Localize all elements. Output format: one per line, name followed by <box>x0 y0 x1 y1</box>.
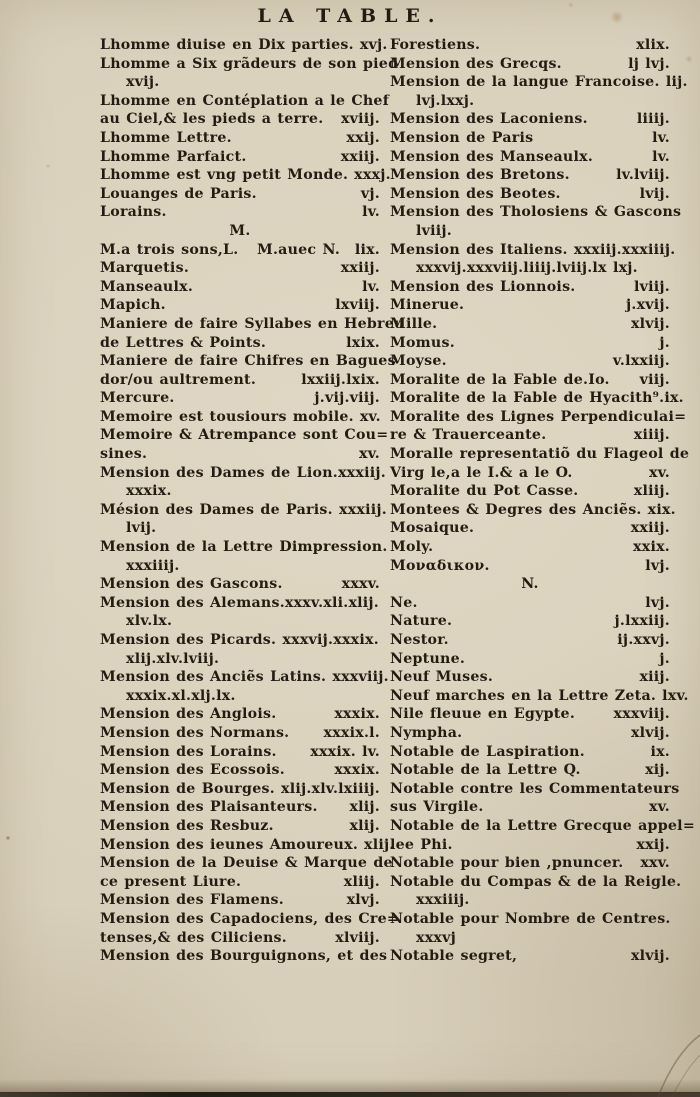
index-entry-line: Mension des Plaisanteurs.xlij. <box>100 798 380 817</box>
entry-text: Mension de la Lettre Dimpression. <box>100 538 388 557</box>
entry-text: Mension des Grecqs. <box>390 55 562 74</box>
entry-text: Neptune. <box>390 650 465 669</box>
entry-text: Mension des Plaisanteurs. <box>100 798 318 817</box>
entry-text: Mension des Normans. <box>100 724 289 743</box>
index-entry-line: M.a trois sons,L. M.auec N.lix. <box>100 241 380 260</box>
index-entry-line: Μοναδικον.lvj. <box>390 557 670 576</box>
entry-text: Manseaulx. <box>100 278 193 297</box>
entry-folio: xxix. <box>627 538 670 557</box>
index-entry-line: Moralite de la Fable de.Io.viij. <box>390 371 670 390</box>
entry-text: Notable pour Nombre de Centres. <box>390 910 671 929</box>
entry-text: Moly. <box>390 538 433 557</box>
entry-folio: xiiij. <box>628 426 670 445</box>
index-entry-line: xxxix.xl.xlj.lx. <box>100 687 380 706</box>
entry-folio-continuation: xxxix.xl.xlj.lx. <box>126 687 236 706</box>
index-entry-line: Mension des Anglois.xxxix. <box>100 705 380 724</box>
index-entry-line: Mension des Lorains.xxxix. lv. <box>100 743 380 762</box>
entry-folio: xxxix.l. <box>318 724 381 743</box>
entry-text: Notable du Compas & de la Reigle. <box>390 873 681 892</box>
page-bottom-shadow <box>0 1079 700 1093</box>
entry-text: Mension des Italiens. xxxiij.xxxiiij. <box>390 241 675 260</box>
index-entry-line: Lhomme diuise en Dix parties.xvj. <box>100 36 380 55</box>
entry-text: Mension des Gascons. <box>100 575 283 594</box>
index-entry-line: Notable de la Lettre Q.xij. <box>390 761 670 780</box>
entry-folio-continuation: xxxiiij. <box>416 891 470 910</box>
index-entry-line: Virg le,a le I.& a le O.xv. <box>390 464 670 483</box>
entry-text: Mension de la langue Francoise. lij. <box>390 73 688 92</box>
index-entry-line: Mille.xlvij. <box>390 315 670 334</box>
entry-text: Mension de Paris <box>390 129 533 148</box>
entry-folio-continuation: xxxvij.xxxviij.liiij.lviij.lx lxj. <box>416 259 638 278</box>
entry-folio: lv. <box>356 203 380 222</box>
entry-folio: lviij. <box>628 278 670 297</box>
entry-text: Moralite de la Fable de.Io. <box>390 371 610 390</box>
entry-text: Notable contre les Commentateurs <box>390 780 679 799</box>
entry-folio: xxxj. <box>348 166 391 185</box>
index-entry-line: Notable du Compas & de la Reigle. <box>390 873 670 892</box>
entry-text: Minerue. <box>390 296 464 315</box>
entry-text: Lhomme est vng petit Monde. <box>100 166 348 185</box>
entry-folio: xlvij. <box>625 315 670 334</box>
entry-folio: lvij. <box>634 185 670 204</box>
entry-text: Moralite des Lignes Perpendiculai= <box>390 408 686 427</box>
index-entry-line: Mension des ieunes Amoureux.xlij. <box>100 836 380 855</box>
entry-folio: xv. <box>354 408 381 427</box>
entry-folio: lix. <box>349 241 380 260</box>
index-entry-line: xvij. <box>100 73 380 92</box>
index-entry-line: Mension des Lionnois.lviij. <box>390 278 670 297</box>
entry-folio: xxxix. lv. <box>304 743 380 762</box>
index-entry-line: Moralle representatiõ du Flageol de <box>390 445 670 464</box>
entry-text: Lhomme a Six grãdeurs de son pied <box>100 55 398 74</box>
entry-folio: j. <box>653 650 670 669</box>
entry-text: Mension des Anciẽs Latins. xxxviij. <box>100 668 389 687</box>
entry-folio-continuation: xxxvj <box>416 929 456 948</box>
index-entry-line: re & Trauerceante.xiiij. <box>390 426 670 445</box>
index-entry-line: Nestor.ij.xxvj. <box>390 631 670 650</box>
entry-folio: xxiij. <box>335 148 380 167</box>
entry-text: Notable pour bien ,pnuncer. <box>390 854 624 873</box>
index-entry-line: Mension de Bourges.xlij.xlv.lxiiij. <box>100 780 380 799</box>
entry-text: Mension des Manseaulx. <box>390 148 593 167</box>
entry-text: Mension des Picards. xxxvij.xxxix. <box>100 631 379 650</box>
index-entry-line: Mension de la Deuise & Marque de <box>100 854 380 873</box>
index-entry-line: Lhomme Lettre.xxij. <box>100 129 380 148</box>
entry-text: Nestor. <box>390 631 449 650</box>
entry-text: Mension des Tholosiens & Gascons <box>390 203 681 222</box>
index-entry-line: Mension des Dames de Lion.xxxiij. <box>100 464 380 483</box>
page-title: LA TABLE. <box>0 5 700 27</box>
entry-text: Moralle representatiõ du Flageol de <box>390 445 689 464</box>
entry-folio: lvj. <box>639 557 670 576</box>
index-entry-line: Mension de Parislv. <box>390 129 670 148</box>
entry-text: Μοναδικον. <box>390 557 490 576</box>
entry-text: Mension des Lorains. <box>100 743 277 762</box>
entry-folio: xvj. <box>354 36 388 55</box>
entry-folio: xxxviij. <box>608 705 670 724</box>
entry-text: Maniere de faire Syllabes en Hebreu <box>100 315 405 334</box>
index-entry-line: Moralite de la Fable de Hyacith⁹.ix. <box>390 389 670 408</box>
entry-folio: xxv. <box>634 854 670 873</box>
entry-text: Mension des Bretons. <box>390 166 570 185</box>
entry-folio: xxxv. <box>336 575 380 594</box>
index-entry-line: Notable pour bien ,pnuncer.xxv. <box>390 854 670 873</box>
entry-text: sines. <box>100 445 147 464</box>
index-entry-line: Mension des Bretons.lv.lviij. <box>390 166 670 185</box>
section-heading: M. <box>100 222 380 241</box>
entry-text: N. <box>521 575 539 594</box>
index-entry-line: Maniere de faire Chifres en Bagues <box>100 352 380 371</box>
entry-folio: lj lvj. <box>622 55 670 74</box>
index-entry-line: Mension des Normans.xxxix.l. <box>100 724 380 743</box>
index-entry-line: xxxiiij. <box>390 891 670 910</box>
entry-text: Mension des Beotes. <box>390 185 561 204</box>
entry-text: M. <box>229 222 250 241</box>
entry-folio: xxxix. <box>328 705 380 724</box>
entry-text: Notable de Laspiration. <box>390 743 585 762</box>
entry-folio: liiij. <box>631 110 670 129</box>
index-column-left: Lhomme diuise en Dix parties.xvj.Lhomme … <box>100 36 380 966</box>
entry-folio: xlij.xlv.lxiiij. <box>275 780 380 799</box>
index-entry-line: Nympha.xlvij. <box>390 724 670 743</box>
entry-text: Mille. <box>390 315 437 334</box>
entry-text: Nile fleuue en Egypte. <box>390 705 575 724</box>
entry-text: Lhomme Lettre. <box>100 129 232 148</box>
index-entry-line: Neuf marches en la Lettre Zeta.lxv. <box>390 687 670 706</box>
entry-text: Neuf Muses. <box>390 668 493 687</box>
index-entry-line: xxxvij.xxxviij.liiij.lviij.lx lxj. <box>390 259 670 278</box>
entry-folio: ix. <box>644 743 670 762</box>
entry-text: Mension des Alemans.xxxv.xli.xlij. <box>100 594 379 613</box>
entry-text: Notable de la Lettre Q. <box>390 761 581 780</box>
entry-folio: xv. <box>353 445 380 464</box>
entry-folio: xxij. <box>340 129 380 148</box>
index-entry-line: Ne.lvj. <box>390 594 670 613</box>
index-entry-line: Moralite du Pot Casse.xliij. <box>390 482 670 501</box>
entry-folio: xxiij. <box>625 519 670 538</box>
entry-folio: xv. <box>643 464 670 483</box>
entry-text: Lhomme diuise en Dix parties. <box>100 36 354 55</box>
entry-folio: vj. <box>355 185 380 204</box>
index-entry-line: Mension des Alemans.xxxv.xli.xlij. <box>100 594 380 613</box>
index-entry-line: Lhomme Parfaict.xxiij. <box>100 148 380 167</box>
entry-text: dor/ou aultrement. <box>100 371 256 390</box>
entry-text: Mension des Anglois. <box>100 705 276 724</box>
index-entry-line: Mension des Picards. xxxvij.xxxix. <box>100 631 380 650</box>
index-entry-line: Forestiens.xlix. <box>390 36 670 55</box>
index-entry-line: Marquetis.xxiij. <box>100 259 380 278</box>
index-entry-line: lvij. <box>100 519 380 538</box>
entry-folio-continuation: lvij. <box>126 519 156 538</box>
entry-folio: lxxiij.lxix. <box>295 371 380 390</box>
index-entry-line: Moyse.v.lxxiij. <box>390 352 670 371</box>
entry-folio: xiij. <box>633 668 670 687</box>
index-entry-line: Lhomme est vng petit Monde.xxxj. <box>100 166 380 185</box>
entry-text: re & Trauerceante. <box>390 426 546 445</box>
entry-text: tenses,& des Ciliciens. <box>100 929 287 948</box>
index-entry-line: Mosaique.xxiij. <box>390 519 670 538</box>
entry-folio-continuation: xxxiiij. <box>126 557 180 576</box>
index-entry-line: Memoire & Atrempance sont Cou= <box>100 426 380 445</box>
index-entry-line: ce present Liure.xliij. <box>100 873 380 892</box>
index-entry-line: xlij.xlv.lviij. <box>100 650 380 669</box>
entry-text: de Lettres & Points. <box>100 334 266 353</box>
entry-text: Montees & Degres des Anciẽs. <box>390 501 642 520</box>
entry-folio: xv. <box>643 798 670 817</box>
index-entry-line: Mension des Grecqs.lj lvj. <box>390 55 670 74</box>
index-entry-line: Mension des Ecossois.xxxix. <box>100 761 380 780</box>
index-entry-line: Neptune.j. <box>390 650 670 669</box>
index-entry-line: dor/ou aultrement.lxxiij.lxix. <box>100 371 380 390</box>
entry-folio: xxij. <box>630 836 670 855</box>
scanned-book-page: LA TABLE. Lhomme diuise en Dix parties.x… <box>0 0 700 1097</box>
index-entry-line: sines.xv. <box>100 445 380 464</box>
entry-folio: ij.xxvj. <box>611 631 670 650</box>
index-entry-line: Mésion des Dames de Paris. xxxiij. <box>100 501 380 520</box>
entry-text: Memoire est tousiours mobile. <box>100 408 354 427</box>
index-entry-line: xxxiiij. <box>100 557 380 576</box>
index-entry-line: xxxvj <box>390 929 670 948</box>
entry-text: au Ciel,& les pieds a terre. <box>100 110 323 129</box>
entry-folio: xix. <box>642 501 676 520</box>
entry-text: Nature. <box>390 612 452 631</box>
index-columns: Lhomme diuise en Dix parties.xvj.Lhomme … <box>100 36 670 966</box>
index-entry-line: Memoire est tousiours mobile.xv. <box>100 408 380 427</box>
entry-text: Virg le,a le I.& a le O. <box>390 464 573 483</box>
entry-folio: v.lxxiij. <box>607 352 670 371</box>
index-entry-line: Mension des Capadociens, des Cre= <box>100 910 380 929</box>
entry-text: Louanges de Paris. <box>100 185 257 204</box>
entry-text: ce present Liure. <box>100 873 241 892</box>
entry-text: Mension de Bourges. <box>100 780 275 799</box>
entry-text: Moralite de la Fable de Hyacith⁹.ix. <box>390 389 684 408</box>
entry-folio: lv. <box>646 129 670 148</box>
entry-text: Mension des ieunes Amoureux. <box>100 836 358 855</box>
entry-folio: lv.lviij. <box>610 166 670 185</box>
index-entry-line: Mension des Anciẽs Latins. xxxviij. <box>100 668 380 687</box>
entry-folio: xlix. <box>630 36 670 55</box>
entry-folio: lv. <box>356 278 380 297</box>
entry-text: Mension des Ecossois. <box>100 761 285 780</box>
entry-text: Mosaique. <box>390 519 474 538</box>
entry-text: Lorains. <box>100 203 167 222</box>
entry-text: Mension des Capadociens, des Cre= <box>100 910 399 929</box>
entry-text: Mension des Dames de Lion.xxxiij. <box>100 464 386 483</box>
page-edge <box>0 1092 700 1097</box>
index-entry-line: Maniere de faire Syllabes en Hebreu <box>100 315 380 334</box>
index-entry-line: sus Virgile.xv. <box>390 798 670 817</box>
entry-folio: xlvij. <box>625 724 670 743</box>
index-entry-line: de Lettres & Points.lxix. <box>100 334 380 353</box>
index-entry-line: Mension des Italiens. xxxiij.xxxiiij. <box>390 241 670 260</box>
index-entry-line: lee Phi.xxij. <box>390 836 670 855</box>
entry-folio: xliij. <box>338 873 380 892</box>
entry-folio: xlij. <box>343 798 380 817</box>
entry-folio-continuation: lvj.lxxj. <box>416 92 474 111</box>
entry-text: Ne. <box>390 594 418 613</box>
index-entry-line: Momus.j. <box>390 334 670 353</box>
index-entry-line: Moralite des Lignes Perpendiculai= <box>390 408 670 427</box>
entry-folio: xij. <box>639 761 670 780</box>
index-entry-line: lviij. <box>390 222 670 241</box>
entry-folio: lxix. <box>340 334 380 353</box>
index-entry-line: Lhomme a Six grãdeurs de son pied <box>100 55 380 74</box>
index-entry-line: Mension des Bourguignons, et des <box>100 947 380 966</box>
entry-folio-continuation: xlij.xlv.lviij. <box>126 650 219 669</box>
index-entry-line: Mension de la langue Francoise. lij. <box>390 73 670 92</box>
index-entry-line: au Ciel,& les pieds a terre.xviij. <box>100 110 380 129</box>
index-entry-line: xlv.lx. <box>100 612 380 631</box>
index-entry-line: Notable contre les Commentateurs <box>390 780 670 799</box>
entry-text: lee Phi. <box>390 836 453 855</box>
entry-text: sus Virgile. <box>390 798 484 817</box>
index-entry-line: Nile fleuue en Egypte.xxxviij. <box>390 705 670 724</box>
entry-folio: viij. <box>634 371 670 390</box>
entry-text: Marquetis. <box>100 259 189 278</box>
entry-folio: xxiij. <box>335 259 380 278</box>
entry-text: Forestiens. <box>390 36 480 55</box>
index-entry-line: Mension des Tholosiens & Gascons <box>390 203 670 222</box>
entry-text: Lhomme Parfaict. <box>100 148 247 167</box>
index-entry-line: Mension des Laconiens.liiij. <box>390 110 670 129</box>
entry-folio: lxv. <box>656 687 689 706</box>
index-entry-line: Lhomme en Contéplation a le Chef <box>100 92 380 111</box>
entry-folio: xlvj. <box>341 891 380 910</box>
entry-text: Neuf marches en la Lettre Zeta. <box>390 687 656 706</box>
entry-text: Lhomme en Contéplation a le Chef <box>100 92 389 111</box>
index-entry-line: Nature.j.lxxiij. <box>390 612 670 631</box>
entry-text: Mension de la Deuise & Marque de <box>100 854 393 873</box>
entry-folio: lxviij. <box>329 296 380 315</box>
entry-folio: j.xvij. <box>620 296 670 315</box>
entry-folio: xlvij. <box>625 947 670 966</box>
entry-text: Maniere de faire Chifres en Bagues <box>100 352 396 371</box>
entry-text: Notable segret, <box>390 947 517 966</box>
entry-text: Mension des Lionnois. <box>390 278 576 297</box>
entry-folio: lvj. <box>639 594 670 613</box>
index-entry-line: Montees & Degres des Anciẽs.xix. <box>390 501 670 520</box>
index-entry-line: Moly.xxix. <box>390 538 670 557</box>
index-entry-line: Mension des Resbuz.xlij. <box>100 817 380 836</box>
entry-text: Mension des Laconiens. <box>390 110 588 129</box>
entry-text: Mapich. <box>100 296 166 315</box>
section-heading: N. <box>390 575 670 594</box>
entry-folio: xlij. <box>343 817 380 836</box>
index-entry-line: Notable segret,xlvij. <box>390 947 670 966</box>
index-entry-line: Notable pour Nombre de Centres. <box>390 910 670 929</box>
entry-folio: xviij. <box>335 110 380 129</box>
entry-folio: j. <box>653 334 670 353</box>
index-entry-line: Mension de la Lettre Dimpression. <box>100 538 380 557</box>
entry-folio: xliij. <box>628 482 670 501</box>
entry-folio-continuation: xxxix. <box>126 482 172 501</box>
index-entry-line: Mension des Flamens.xlvj. <box>100 891 380 910</box>
entry-folio-continuation: xlv.lx. <box>126 612 172 631</box>
index-entry-line: Notable de la Lettre Grecque appel= <box>390 817 670 836</box>
entry-text: Mension des Flamens. <box>100 891 284 910</box>
entry-text: Moyse. <box>390 352 447 371</box>
entry-folio: j.vij.viij. <box>308 389 380 408</box>
index-entry-line: Lorains.lv. <box>100 203 380 222</box>
entry-folio-continuation: xvij. <box>126 73 159 92</box>
index-entry-line: Notable de Laspiration.ix. <box>390 743 670 762</box>
index-column-right: Forestiens.xlix.Mension des Grecqs.lj lv… <box>390 36 670 966</box>
entry-text: Moralite du Pot Casse. <box>390 482 578 501</box>
entry-text: Mercure. <box>100 389 175 408</box>
index-entry-line: Minerue.j.xvij. <box>390 296 670 315</box>
index-entry-line: Neuf Muses.xiij. <box>390 668 670 687</box>
index-entry-line: Mercure.j.vij.viij. <box>100 389 380 408</box>
entry-text: Mension des Bourguignons, et des <box>100 947 387 966</box>
index-entry-line: Mension des Gascons.xxxv. <box>100 575 380 594</box>
entry-folio: j.lxxiij. <box>609 612 670 631</box>
entry-text: Mension des Resbuz. <box>100 817 274 836</box>
entry-text: Memoire & Atrempance sont Cou= <box>100 426 388 445</box>
entry-folio: xxxix. <box>328 761 380 780</box>
entry-folio: xlviij. <box>329 929 380 948</box>
entry-text: Nympha. <box>390 724 462 743</box>
index-entry-line: Manseaulx.lv. <box>100 278 380 297</box>
entry-text: M.a trois sons,L. M.auec N. <box>100 241 340 260</box>
entry-folio-continuation: lviij. <box>416 222 452 241</box>
entry-folio: lv. <box>646 148 670 167</box>
index-entry-line: lvj.lxxj. <box>390 92 670 111</box>
entry-text: Notable de la Lettre Grecque appel= <box>390 817 695 836</box>
entry-text: Mésion des Dames de Paris. xxxiij. <box>100 501 387 520</box>
index-entry-line: xxxix. <box>100 482 380 501</box>
index-entry-line: Mension des Manseaulx.lv. <box>390 148 670 167</box>
index-entry-line: Mapich.lxviij. <box>100 296 380 315</box>
index-entry-line: Louanges de Paris.vj. <box>100 185 380 204</box>
index-entry-line: Mension des Beotes.lvij. <box>390 185 670 204</box>
index-entry-line: tenses,& des Ciliciens.xlviij. <box>100 929 380 948</box>
entry-text: Momus. <box>390 334 455 353</box>
